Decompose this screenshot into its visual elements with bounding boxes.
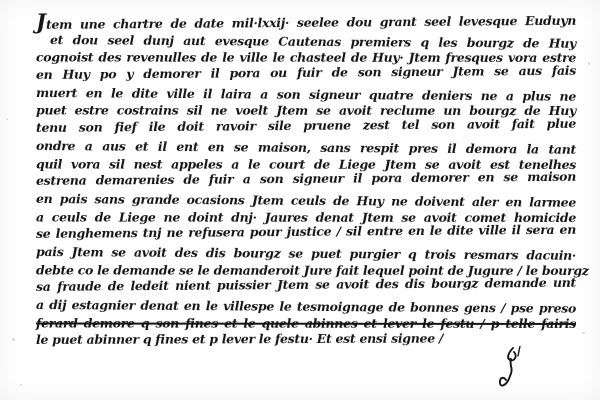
manuscript-line: sa fraude de ledeit nient puissier Jtem …	[36, 274, 576, 296]
scan-speckle	[588, 62, 590, 65]
scan-speckle	[20, 384, 22, 386]
manuscript-line: se lenghemens tnj ne refusera pour justi…	[36, 221, 576, 243]
scan-speckle	[582, 332, 585, 334]
scan-speckle	[6, 118, 8, 120]
manuscript-line: estrena demarenies de fuir a son signeur…	[36, 168, 576, 190]
manuscript-line: en Huy po y demorer il pora ou fuir de s…	[36, 62, 576, 84]
scan-speckle	[12, 338, 15, 341]
manuscript-line: tenu son fief ile doit ravoir sile pruen…	[36, 115, 576, 137]
manuscript-page: Jtem une chartre de date mil·lxxij· seel…	[0, 0, 600, 400]
paraph-flourish-icon	[496, 346, 526, 398]
manuscript-line: Jtem une chartre de date mil·lxxij· seel…	[36, 9, 576, 31]
manuscript-text-block: Jtem une chartre de date mil·lxxij· seel…	[36, 13, 576, 349]
